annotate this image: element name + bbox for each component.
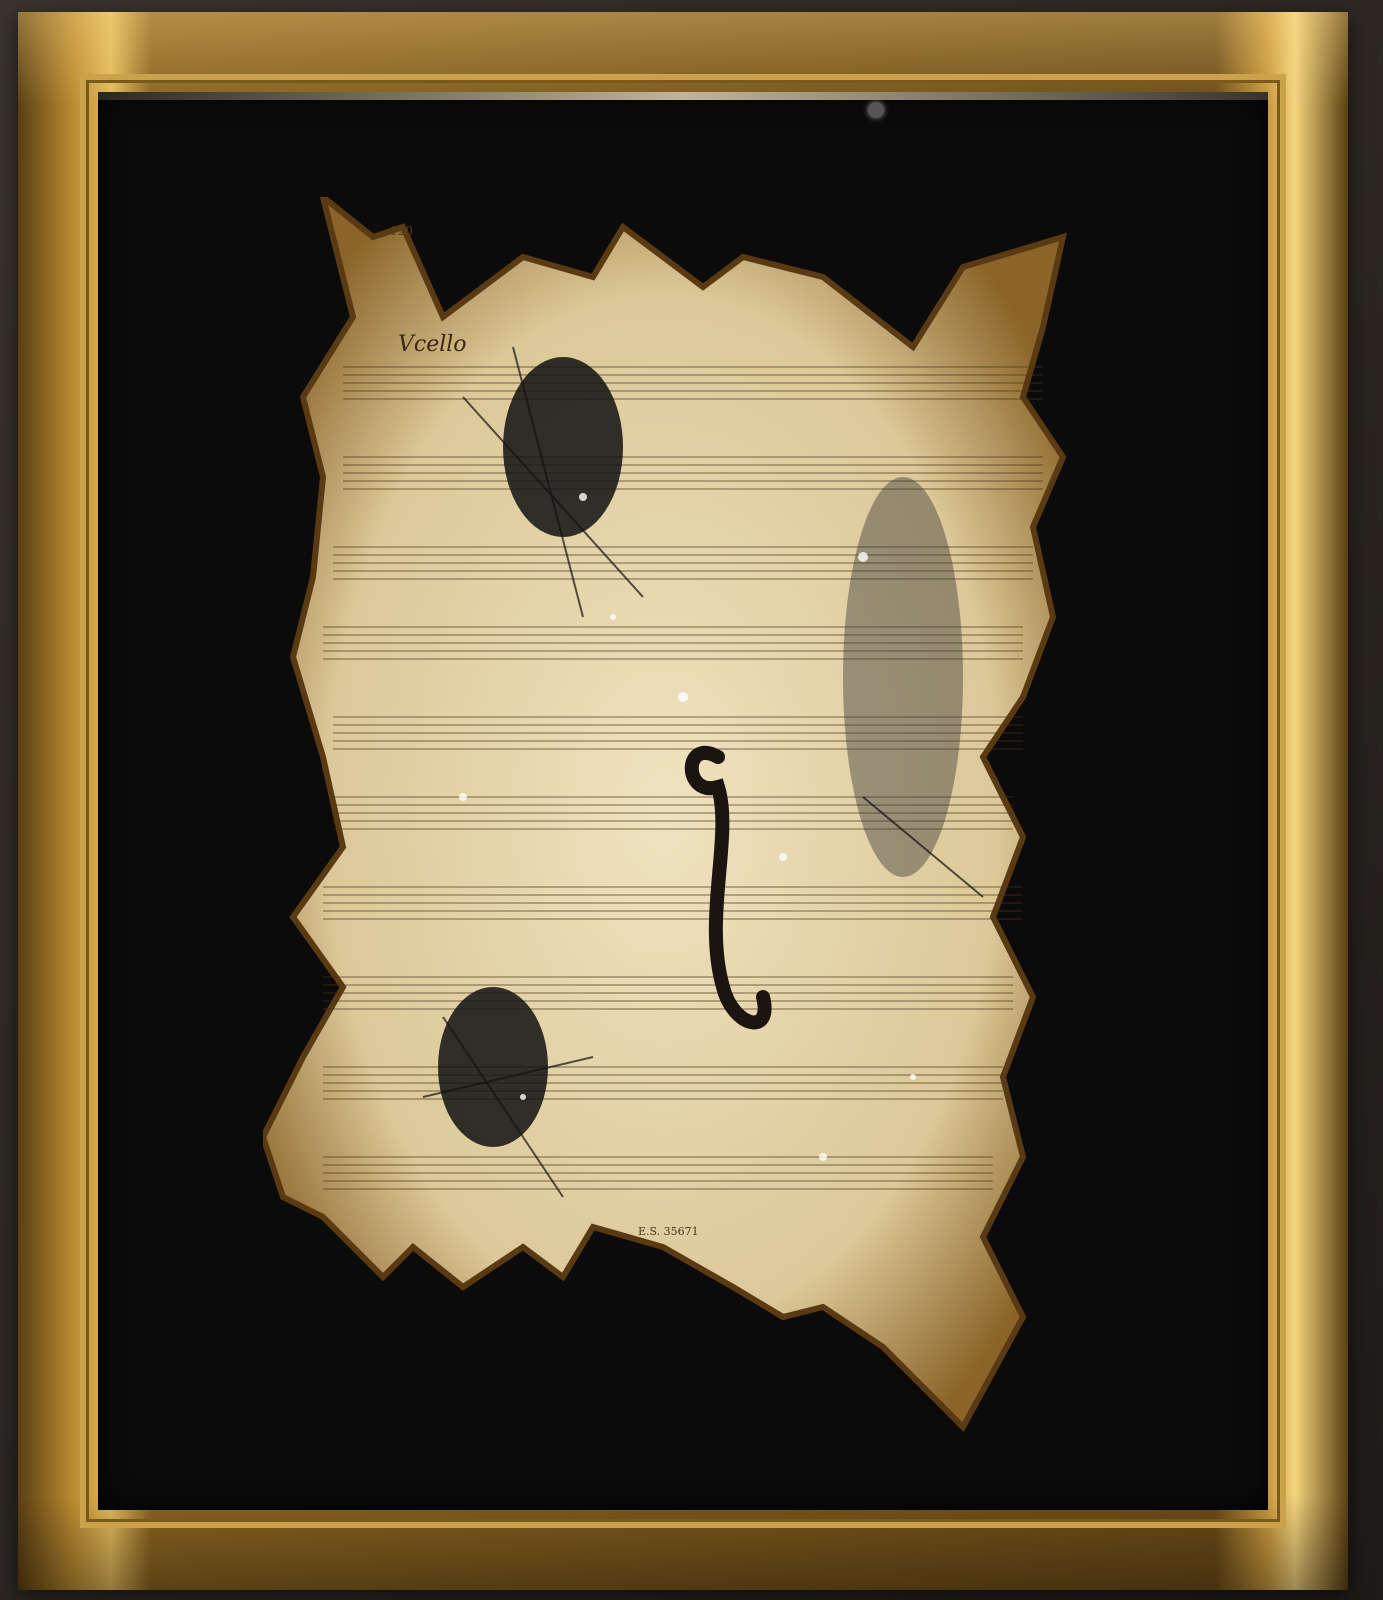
instrument-label: Vcello bbox=[398, 332, 467, 357]
burnt-sheet-music bbox=[263, 197, 1073, 1432]
gold-frame: 120 Vcello E.S. 35671 bbox=[18, 12, 1348, 1590]
plate-number: E.S. 35671 bbox=[638, 1225, 699, 1238]
black-mat: 120 Vcello E.S. 35671 bbox=[98, 92, 1268, 1510]
glass-glare bbox=[98, 92, 1268, 100]
hanger-hook bbox=[868, 102, 884, 118]
page-number: 120 bbox=[390, 224, 413, 238]
